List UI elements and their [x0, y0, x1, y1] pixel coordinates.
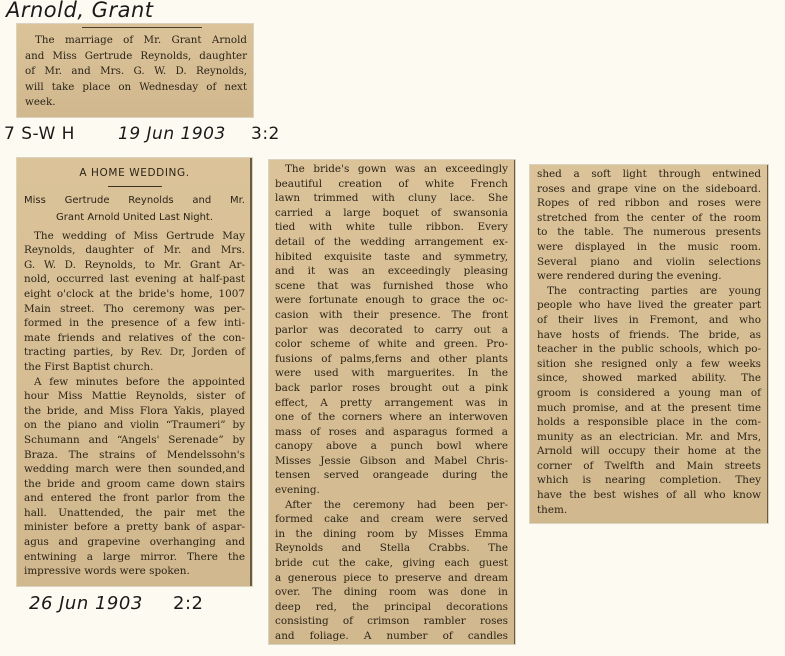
article-line: deep red, the principal decorations — [275, 600, 508, 615]
article-line: stretched from the center of the room — [537, 211, 761, 226]
article-line: formed in the presence of a few inti- — [24, 316, 245, 331]
article-line: fusions of palms,ferns and other plants — [275, 352, 508, 367]
article-line: were displayed in the music room. — [537, 240, 761, 255]
article-line: them. — [537, 503, 761, 518]
article-line: evening. — [275, 483, 508, 498]
article-line: the bride and groom came down stairs — [24, 477, 245, 492]
engagement-notice-clipping: The marriage of Mr. Grant Arnold and Mis… — [17, 24, 253, 117]
column-1-body: The wedding of Miss Gertrude MayReynolds… — [24, 229, 245, 579]
handwritten-name-label: Arnold, Grant — [6, 0, 154, 22]
handwritten-source-label: 7 S-W H — [4, 124, 75, 144]
handwritten-date-1: 19 Jun 1903 — [118, 124, 226, 144]
article-line: a generous piece to preserve and dream — [275, 571, 508, 586]
article-line: holds a responsible place in the com- — [537, 415, 761, 430]
article-line: minister before a pretty bank of aspar- — [24, 520, 245, 535]
article-line: The bride's gown was an exceedingly — [275, 162, 508, 177]
article-line: since, showed marked ability. The — [537, 371, 761, 386]
article-line: formed cake and cream were served — [275, 512, 508, 527]
article-line: people who have lived the greater part — [537, 298, 761, 313]
article-line: mass of roses and asparagus formed a — [275, 425, 508, 440]
handwritten-page-2: 2:2 — [173, 593, 203, 614]
article-line: effect, A pretty arrangement was in — [275, 396, 508, 411]
article-line: over. The dining room was done in — [275, 585, 508, 600]
notice-line: and Miss Gertrude Reynolds, daughter — [25, 49, 247, 65]
article-line: Schumann and “Angels' Serenade” by — [24, 433, 245, 448]
article-line: After the ceremony had been per- — [275, 498, 508, 513]
article-line: entwining a large mirror. There the — [24, 550, 245, 565]
article-line: parlor was decorated to carry out a — [275, 323, 508, 338]
article-line: carried a large boquet of swansonia — [275, 206, 508, 221]
article-column-1: A HOME WEDDING. Miss Gertrude Reynolds a… — [17, 158, 252, 586]
notice-line: week. — [25, 96, 56, 108]
article-line: G. W. D. Reynolds, to Mr. Grant Ar- — [24, 258, 245, 273]
article-line: Several piano and violin selections — [537, 255, 761, 270]
article-line: Main street. Tho ceremony was per- — [24, 302, 245, 317]
article-column-3: shed a soft light through entwinedroses … — [530, 165, 768, 523]
article-line: shed a soft light through entwined — [537, 167, 761, 182]
article-line: groom is considered a young man of — [537, 386, 761, 401]
clipping-rule — [82, 27, 202, 28]
article-line: were fortunate enough to grace the oc- — [275, 293, 508, 308]
article-line: roses and grape vine on the sideboard. — [537, 182, 761, 197]
article-line: which is nearing completion. They — [537, 473, 761, 488]
subheadline-line-2: Grant Arnold United Last Night. — [56, 212, 213, 223]
handwritten-date-2: 26 Jun 1903 — [29, 593, 143, 614]
article-line: A few minutes before the appointed — [24, 375, 245, 390]
article-line: one of the corners where an interwoven — [275, 410, 508, 425]
article-line: tied with white tulle ribbon. Every — [275, 220, 508, 235]
article-line: color scheme of white and green. Pro- — [275, 337, 508, 352]
article-line: agus and grapevine overhanging and — [24, 535, 245, 550]
article-line: consisting of crimson rambler roses — [275, 614, 508, 629]
column-3-body: shed a soft light through entwinedroses … — [537, 167, 761, 517]
article-column-2: The bride's gown was an exceedinglybeaut… — [269, 160, 515, 644]
article-line: scene that was furnished those who — [275, 279, 508, 294]
article-line: of their lives in Fremont, and who — [537, 313, 761, 328]
notice-line: The marriage of Mr. Grant Arnold — [25, 33, 247, 49]
article-line: hall. Unattended, the pair met the — [24, 506, 245, 521]
article-line: lawn trimmed with cluny lace. She — [275, 191, 508, 206]
headline-rule — [108, 186, 162, 187]
article-line: Misses Jessie Gibson and Mabel Chris- — [275, 454, 508, 469]
article-line: munity as an electrician. Mr. and Mrs, — [537, 430, 761, 445]
article-line: teacher in the public schools, which po- — [537, 342, 761, 357]
article-line: eight o'clock at the bride's home, 1007 — [24, 287, 245, 302]
article-headline: A HOME WEDDING. — [24, 166, 245, 181]
handwritten-page-1: 3:2 — [251, 124, 280, 144]
notice-line: will take place on Wednesday of next — [25, 80, 247, 96]
article-line: corner of Twelfth and Main streets — [537, 459, 761, 474]
article-line: hibited exquisite taste and symmetry, — [275, 250, 508, 265]
article-line: canopy above a punch bowl where — [275, 439, 508, 454]
subheadline-line-1: Miss Gertrude Reynolds and Mr. — [24, 192, 245, 209]
article-line: wedding march were then sounded,and — [24, 462, 245, 477]
article-line: Reynolds and Stella Crabbs. The — [275, 541, 508, 556]
article-line: bride cut the cake, giving each guest — [275, 556, 508, 571]
column-2-body: The bride's gown was an exceedinglybeaut… — [275, 162, 508, 644]
article-line: Braza. The strains of Mendelssohn's — [24, 448, 245, 463]
article-line: impressive words were spoken. — [24, 564, 245, 579]
article-line: detail of the wedding arrangement ex- — [275, 235, 508, 250]
article-line: in the dining room by Misses Emma — [275, 527, 508, 542]
article-line: hour Miss Mattie Reynolds, sister of — [24, 389, 245, 404]
article-line: and foliage. A number of candles — [275, 629, 508, 644]
article-line: and entered the front parlor from the — [24, 491, 245, 506]
article-line: the bride, and Miss Flora Yakis, played — [24, 404, 245, 419]
article-line: have hosts of friends. The bride, as — [537, 328, 761, 343]
article-line: have the best wishes of all who know — [537, 488, 761, 503]
article-line: back parlor roses brought out a pink — [275, 381, 508, 396]
article-line: The contracting parties are young — [537, 284, 761, 299]
article-line: tracting parties, by Rev. Dr, Jorden of — [24, 345, 245, 360]
article-line: much promise, and at the present time — [537, 401, 761, 416]
article-line: were used with marguerites. In the — [275, 366, 508, 381]
article-line: to the table. The numerous presents — [537, 225, 761, 240]
article-line: The wedding of Miss Gertrude May — [24, 229, 245, 244]
article-line: mate friends and relatives of the con- — [24, 331, 245, 346]
article-line: Arnold will occupy their home at the — [537, 444, 761, 459]
article-subheadline: Miss Gertrude Reynolds and Mr. Grant Arn… — [24, 192, 245, 226]
notice-line: of Mr. and Mrs. G. W. D. Reynolds, — [25, 64, 247, 80]
article-line: and it was an exceedingly pleasing — [275, 264, 508, 279]
article-line: sition she resigned only a few weeks — [537, 357, 761, 372]
article-line: were rendered during the evening. — [537, 269, 761, 284]
article-line: tensen served orangeade during the — [275, 468, 508, 483]
article-line: on the piano and violin “Traumeri” by — [24, 418, 245, 433]
article-line: casion with their presence. The front — [275, 308, 508, 323]
article-line: beautiful creation of white French — [275, 177, 508, 192]
article-line: Ropes of red ribbon and roses were — [537, 196, 761, 211]
article-line: nold, occurred last evening at half-past — [24, 272, 245, 287]
article-line: Reynolds, daughter of Mr. and Mrs. — [24, 243, 245, 258]
article-line: the First Baptist church. — [24, 360, 245, 375]
